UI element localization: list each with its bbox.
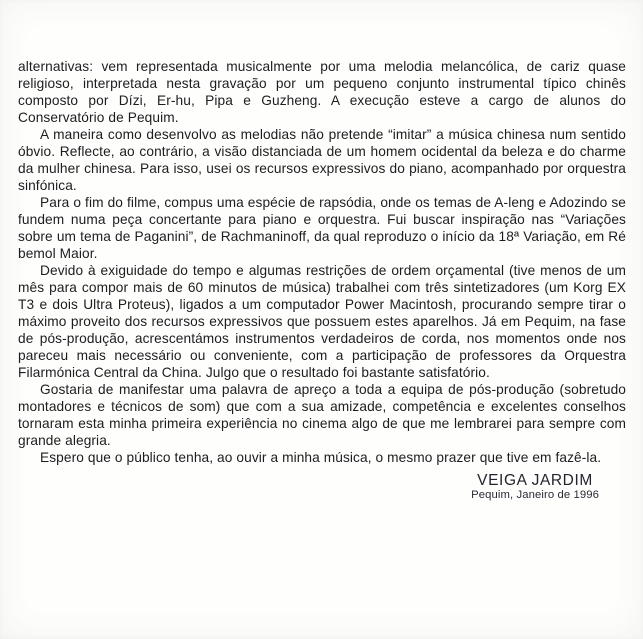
signature-name: VEIGA JARDIM xyxy=(471,473,599,489)
signature-place-date: Pequim, Janeiro de 1996 xyxy=(471,489,599,502)
liner-notes-text: alternativas: vem representada musicalme… xyxy=(18,58,626,502)
paragraph: Espero que o público tenha, ao ouvir a m… xyxy=(18,449,626,466)
paragraph: A maneira como desenvolvo as melodias nã… xyxy=(18,126,626,194)
paragraph: alternativas: vem representada musicalme… xyxy=(18,58,626,126)
paragraph: Para o fim do filme, compus uma espécie … xyxy=(18,194,626,262)
paragraph: Gostaria de manifestar uma palavra de ap… xyxy=(18,381,626,449)
scanned-page: alternativas: vem representada musicalme… xyxy=(0,0,643,639)
paragraph: Devido à exiguidade do tempo e algumas r… xyxy=(18,262,626,381)
signature-block: VEIGA JARDIM Pequim, Janeiro de 1996 xyxy=(18,473,626,502)
signature-inner: VEIGA JARDIM Pequim, Janeiro de 1996 xyxy=(471,473,599,502)
